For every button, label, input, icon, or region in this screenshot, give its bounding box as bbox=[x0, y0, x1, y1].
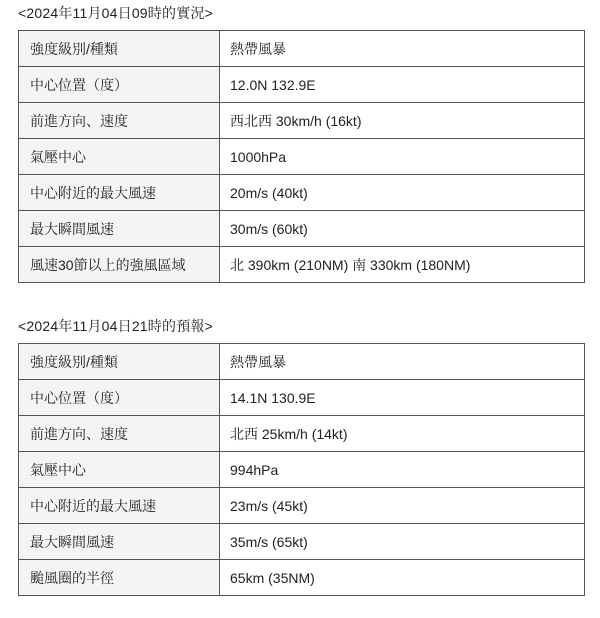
row-label-cell: 中心位置（度） bbox=[19, 380, 220, 416]
row-label-cell: 中心位置（度） bbox=[19, 67, 220, 103]
row-label-cell: 前進方向、速度 bbox=[19, 416, 220, 452]
row-value-cell: 12.0N 132.9E bbox=[220, 67, 585, 103]
table-row: 強度級別/種類 熱帶風暴 bbox=[19, 344, 585, 380]
row-label-cell: 風速30節以上的強風區域 bbox=[19, 247, 220, 283]
row-label-cell: 氣壓中心 bbox=[19, 139, 220, 175]
row-value-cell: 北西 25km/h (14kt) bbox=[220, 416, 585, 452]
observation-table: 強度級別/種類 熱帶風暴 中心位置（度） 12.0N 132.9E 前進方向、速… bbox=[18, 30, 585, 283]
table-row: 風速30節以上的強風區域 北 390km (210NM) 南 330km (18… bbox=[19, 247, 585, 283]
row-value-cell: 20m/s (40kt) bbox=[220, 175, 585, 211]
typhoon-info-page: <2024年11月04日09時的實況> 強度級別/種類 熱帶風暴 中心位置（度）… bbox=[0, 0, 600, 618]
table-row: 中心附近的最大風速 23m/s (45kt) bbox=[19, 488, 585, 524]
section-title: <2024年11月04日21時的預報> bbox=[18, 318, 585, 334]
row-label-cell: 中心附近的最大風速 bbox=[19, 175, 220, 211]
row-value-cell: 30m/s (60kt) bbox=[220, 211, 585, 247]
table-row: 前進方向、速度 北西 25km/h (14kt) bbox=[19, 416, 585, 452]
row-label-cell: 最大瞬間風速 bbox=[19, 524, 220, 560]
row-value-cell: 熱帶風暴 bbox=[220, 344, 585, 380]
forecast-section: <2024年11月04日21時的預報> 強度級別/種類 熱帶風暴 中心位置（度）… bbox=[18, 318, 585, 596]
row-label-cell: 最大瞬間風速 bbox=[19, 211, 220, 247]
row-value-cell: 北 390km (210NM) 南 330km (180NM) bbox=[220, 247, 585, 283]
table-row: 中心位置（度） 12.0N 132.9E bbox=[19, 67, 585, 103]
row-value-cell: 23m/s (45kt) bbox=[220, 488, 585, 524]
row-label-cell: 強度級別/種類 bbox=[19, 31, 220, 67]
row-value-cell: 994hPa bbox=[220, 452, 585, 488]
forecast-table: 強度級別/種類 熱帶風暴 中心位置（度） 14.1N 130.9E 前進方向、速… bbox=[18, 343, 585, 596]
section-title: <2024年11月04日09時的實況> bbox=[18, 5, 585, 21]
table-row: 氣壓中心 1000hPa bbox=[19, 139, 585, 175]
table-row: 強度級別/種類 熱帶風暴 bbox=[19, 31, 585, 67]
row-value-cell: 35m/s (65kt) bbox=[220, 524, 585, 560]
row-label-cell: 氣壓中心 bbox=[19, 452, 220, 488]
table-row: 最大瞬間風速 30m/s (60kt) bbox=[19, 211, 585, 247]
table-row: 前進方向、速度 西北西 30km/h (16kt) bbox=[19, 103, 585, 139]
table-row: 中心位置（度） 14.1N 130.9E bbox=[19, 380, 585, 416]
row-value-cell: 熱帶風暴 bbox=[220, 31, 585, 67]
row-value-cell: 西北西 30km/h (16kt) bbox=[220, 103, 585, 139]
table-row: 最大瞬間風速 35m/s (65kt) bbox=[19, 524, 585, 560]
table-row: 颱風圈的半徑 65km (35NM) bbox=[19, 560, 585, 596]
row-label-cell: 前進方向、速度 bbox=[19, 103, 220, 139]
table-row: 氣壓中心 994hPa bbox=[19, 452, 585, 488]
row-label-cell: 中心附近的最大風速 bbox=[19, 488, 220, 524]
row-label-cell: 強度級別/種類 bbox=[19, 344, 220, 380]
table-row: 中心附近的最大風速 20m/s (40kt) bbox=[19, 175, 585, 211]
row-value-cell: 14.1N 130.9E bbox=[220, 380, 585, 416]
row-value-cell: 65km (35NM) bbox=[220, 560, 585, 596]
row-label-cell: 颱風圈的半徑 bbox=[19, 560, 220, 596]
observation-section: <2024年11月04日09時的實況> 強度級別/種類 熱帶風暴 中心位置（度）… bbox=[18, 5, 585, 283]
row-value-cell: 1000hPa bbox=[220, 139, 585, 175]
